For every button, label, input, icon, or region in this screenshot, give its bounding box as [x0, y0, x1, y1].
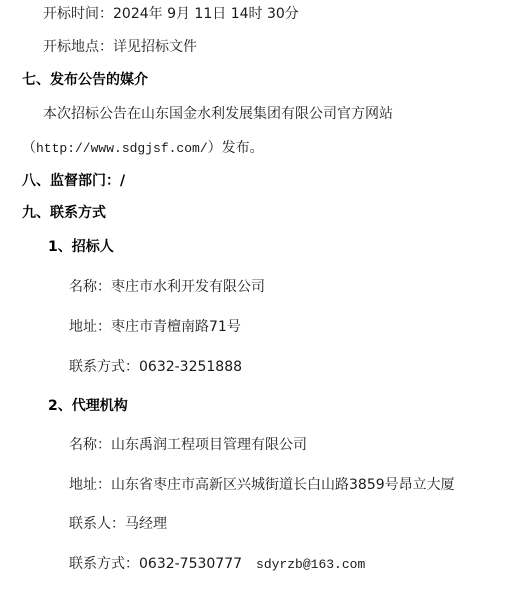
agency-address-line: 地址：山东省枣庄市高新区兴城街道长白山路3859号昂立大厦	[69, 476, 455, 494]
agency-person: 马经理	[125, 516, 167, 532]
opening-time-value: 2024年 9月 11日 14时 30分	[113, 6, 299, 22]
agency-address-label: 地址：	[69, 477, 111, 493]
tenderer-contact-line: 联系方式：0632-3251888	[69, 358, 242, 376]
agency-contact-line: 联系方式：0632-7530777sdyrzb@163.com	[69, 555, 365, 574]
agency-email[interactable]: sdyrzb@163.com	[256, 557, 365, 572]
agency-contact-label: 联系方式：	[69, 556, 139, 572]
section-8-heading: 八、监督部门：/	[22, 172, 125, 190]
publish-suffix: ）发布。	[208, 140, 264, 156]
website-link[interactable]: http://www.sdgjsf.com/	[36, 141, 208, 156]
paren-open: （	[22, 140, 36, 156]
agency-person-line: 联系人：马经理	[69, 515, 167, 533]
opening-time-line: 开标时间：2024年 9月 11日 14时 30分	[43, 5, 299, 23]
agency-phone: 0632-7530777	[139, 556, 242, 572]
section-7-text-line2: （http://www.sdgjsf.com/）发布。	[22, 139, 264, 158]
tenderer-name: 枣庄市水利开发有限公司	[111, 279, 265, 295]
agency-address: 山东省枣庄市高新区兴城街道长白山路3859号昂立大厦	[111, 477, 455, 493]
section-7-text-line1: 本次招标公告在山东国金水利发展集团有限公司官方网站	[43, 105, 393, 123]
tenderer-name-line: 名称：枣庄市水利开发有限公司	[69, 278, 265, 296]
opening-place-value: 详见招标文件	[113, 39, 197, 55]
tenderer-address-line: 地址：枣庄市青檀南路71号	[69, 318, 241, 336]
opening-time-label: 开标时间：	[43, 6, 113, 22]
opening-place-label: 开标地点：	[43, 39, 113, 55]
agency-name-label: 名称：	[69, 437, 111, 453]
agency-name-line: 名称：山东禹润工程项目管理有限公司	[69, 436, 307, 454]
tenderer-heading: 1、招标人	[48, 238, 114, 256]
opening-place-line: 开标地点：详见招标文件	[43, 38, 197, 56]
tenderer-contact-label: 联系方式：	[69, 359, 139, 375]
tenderer-name-label: 名称：	[69, 279, 111, 295]
section-9-heading: 九、联系方式	[22, 204, 106, 222]
agency-person-label: 联系人：	[69, 516, 125, 532]
agency-heading: 2、代理机构	[48, 397, 128, 415]
section-7-heading: 七、发布公告的媒介	[22, 71, 148, 89]
tenderer-address: 枣庄市青檀南路71号	[111, 319, 241, 335]
agency-name: 山东禹润工程项目管理有限公司	[111, 437, 307, 453]
tenderer-address-label: 地址：	[69, 319, 111, 335]
tenderer-phone: 0632-3251888	[139, 359, 242, 375]
